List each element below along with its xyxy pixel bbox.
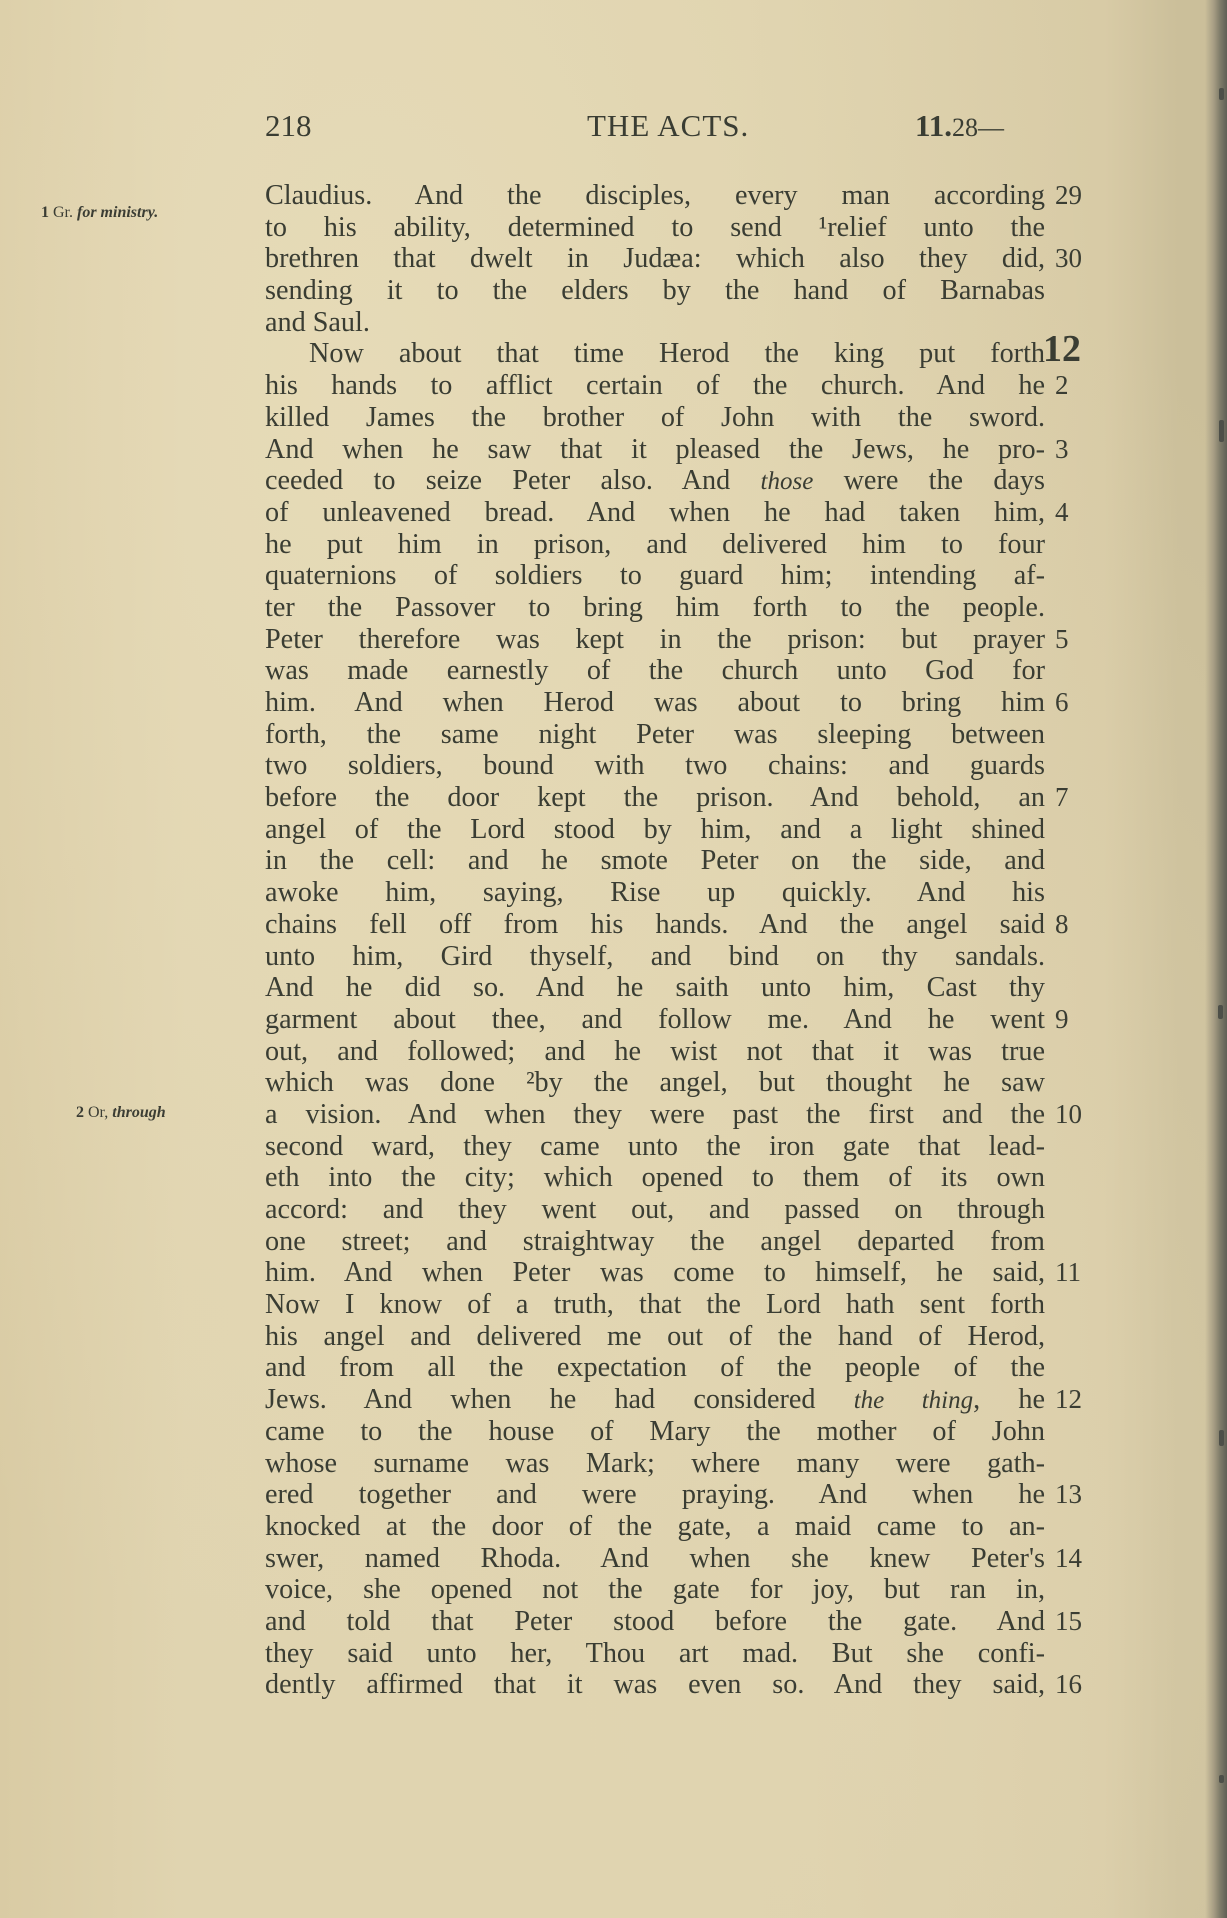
text-line: ter the Passover to bring him forth to t… — [265, 592, 1100, 624]
chapter-number: 11. — [915, 108, 952, 143]
text-line: in the cell: and he smote Peter on the s… — [265, 845, 1100, 877]
text-line: sending it to the elders by the hand of … — [265, 275, 1100, 307]
verse-number: 15 — [1055, 1606, 1082, 1638]
running-header: 218 THE ACTS. 11.28— — [265, 108, 1085, 148]
verse-range: 28— — [952, 113, 1004, 142]
text-line: voice, she opened not the gate for joy, … — [265, 1574, 1100, 1606]
text-line: they said unto her, Thou art mad. But sh… — [265, 1638, 1100, 1670]
verse-number: 16 — [1055, 1669, 1082, 1701]
margin-note-1: 1 Gr. for ministry. — [41, 204, 158, 222]
verse-number: 8 — [1055, 909, 1069, 941]
body-text: Claudius. And the disciples, every man a… — [265, 180, 1100, 1701]
text-line: dently affirmed that it was even so. And… — [265, 1669, 1100, 1701]
text-line: his hands to afflict certain of the chur… — [265, 370, 1100, 402]
text-line: to his ability, determined to send ¹reli… — [265, 212, 1100, 244]
text-line: whose surname was Mark; where many were … — [265, 1448, 1100, 1480]
text-line: him. And when Herod was about to bring h… — [265, 687, 1100, 719]
page-edge — [1205, 0, 1227, 1918]
footnote-mark: 1 — [41, 204, 49, 221]
verse-number: 9 — [1055, 1004, 1069, 1036]
margin-note-abbr: Or, — [88, 1104, 108, 1121]
text-line: garment about thee, and follow me. And h… — [265, 1004, 1100, 1036]
text-line: killed James the brother of John with th… — [265, 402, 1100, 434]
text-line: one street; and straightway the angel de… — [265, 1226, 1100, 1258]
verse-number: 13 — [1055, 1479, 1082, 1511]
text-line: him. And when Peter was come to himself,… — [265, 1257, 1100, 1289]
verse-number: 2 — [1055, 370, 1069, 402]
margin-note-text: for ministry. — [77, 204, 158, 221]
text-line: he put him in prison, and delivered him … — [265, 529, 1100, 561]
text-line: Claudius. And the disciples, every man a… — [265, 180, 1100, 212]
margin-note-2: 2 Or, through — [76, 1104, 166, 1122]
text-line: ered together and were praying. And when… — [265, 1479, 1100, 1511]
text-line: And he did so. And he saith unto him, Ca… — [265, 972, 1100, 1004]
text-line: forth, the same night Peter was sleeping… — [265, 719, 1100, 751]
page-number: 218 — [265, 108, 312, 144]
verse-number: 3 — [1055, 434, 1069, 466]
text-line: accord: and they went out, and passed on… — [265, 1194, 1100, 1226]
text-line: brethren that dwelt in Judæa: which also… — [265, 243, 1100, 275]
italic-word: those — [761, 468, 814, 495]
italic-word: the thing — [854, 1387, 973, 1414]
text-line: and from all the expectation of the peop… — [265, 1352, 1100, 1384]
text-line: quaternions of soldiers to guard him; in… — [265, 560, 1100, 592]
text-line: Jews. And when he had considered the thi… — [265, 1384, 1100, 1416]
text-line: his angel and delivered me out of the ha… — [265, 1321, 1100, 1353]
footnote-mark: 2 — [76, 1104, 84, 1121]
running-title: THE ACTS. — [587, 108, 749, 144]
text-line: out, and followed; and he wist not that … — [265, 1036, 1100, 1068]
margin-note-abbr: Gr. — [53, 204, 73, 221]
text-line: awoke him, saying, Rise up quickly. And … — [265, 877, 1100, 909]
text-line: which was done ²by the angel, but though… — [265, 1067, 1100, 1099]
verse-number: 11 — [1055, 1257, 1081, 1289]
text-line: knocked at the door of the gate, a maid … — [265, 1511, 1100, 1543]
verse-number: 5 — [1055, 624, 1069, 656]
text-line: angel of the Lord stood by him, and a li… — [265, 814, 1100, 846]
verse-number: 7 — [1055, 782, 1069, 814]
text-line: was made earnestly of the church unto Go… — [265, 655, 1100, 687]
text-line: and Saul. — [265, 307, 1100, 339]
chapter-reference: 11.28— — [915, 108, 1004, 144]
text-line: Now I know of a truth, that the Lord hat… — [265, 1289, 1100, 1321]
text-line: swer, named Rhoda. And when she knew Pet… — [265, 1543, 1100, 1575]
margin-note-text: through — [112, 1104, 165, 1121]
page-edge-mark — [1218, 1005, 1223, 1019]
verse-number: 10 — [1055, 1099, 1082, 1131]
text-line: and told that Peter stood before the gat… — [265, 1606, 1100, 1638]
text-line: second ward, they came unto the iron gat… — [265, 1131, 1100, 1163]
verse-number: 4 — [1055, 497, 1069, 529]
text-line: Now about that time Herod the king put f… — [265, 338, 1100, 370]
text-line: And when he saw that it pleased the Jews… — [265, 434, 1100, 466]
verse-number: 12 — [1055, 1384, 1082, 1416]
page-edge-mark — [1219, 1430, 1224, 1446]
verse-number: 14 — [1055, 1543, 1082, 1575]
chapter-number-marginal: 12 — [1043, 334, 1081, 366]
text-line: came to the house of Mary the mother of … — [265, 1416, 1100, 1448]
text-line: of unleavened bread. And when he had tak… — [265, 497, 1100, 529]
verse-number: 30 — [1055, 243, 1082, 275]
text-line: unto him, Gird thyself, and bind on thy … — [265, 941, 1100, 973]
page-edge-mark — [1219, 88, 1224, 100]
text-line: a vision. And when they were past the fi… — [265, 1099, 1100, 1131]
text-line: chains fell off from his hands. And the … — [265, 909, 1100, 941]
text-line: ceeded to seize Peter also. And those we… — [265, 465, 1100, 497]
verse-number: 29 — [1055, 180, 1082, 212]
page-edge-mark — [1219, 420, 1224, 442]
page-edge-mark — [1219, 1775, 1224, 1783]
text-line: before the door kept the prison. And beh… — [265, 782, 1100, 814]
text-line: eth into the city; which opened to them … — [265, 1162, 1100, 1194]
verse-number: 6 — [1055, 687, 1069, 719]
text-line: Peter therefore was kept in the prison: … — [265, 624, 1100, 656]
text-line: two soldiers, bound with two chains: and… — [265, 750, 1100, 782]
